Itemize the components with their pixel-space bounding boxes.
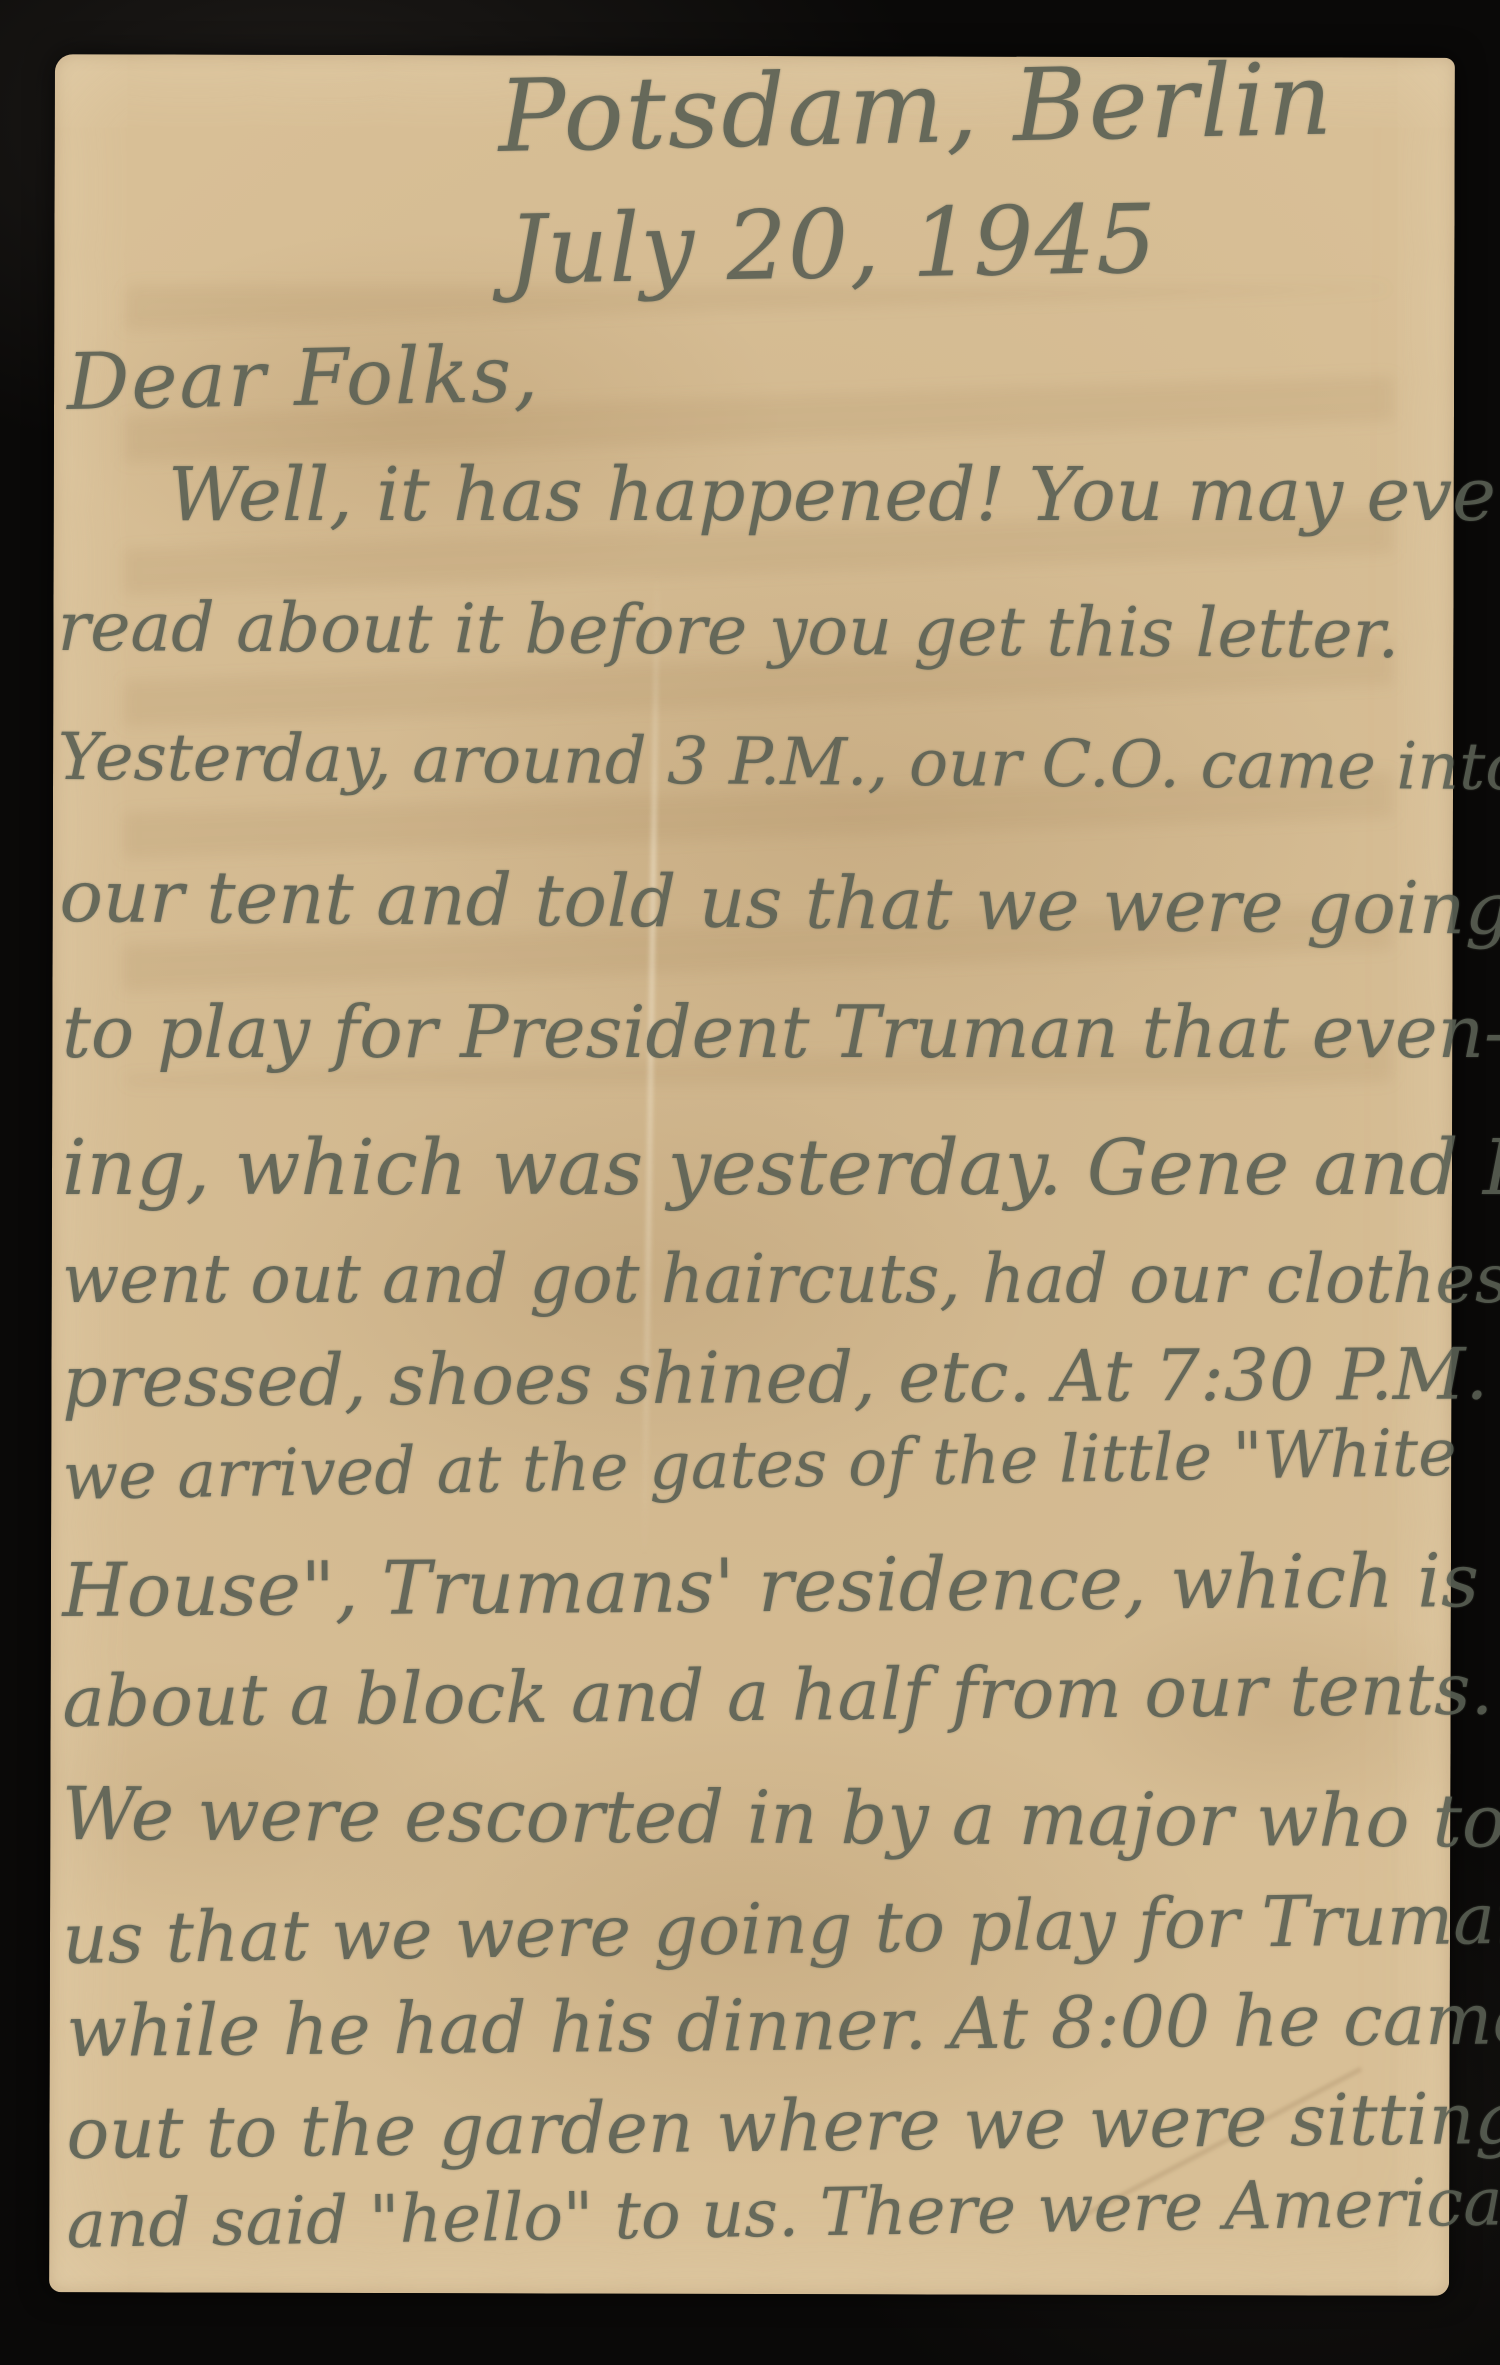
letter-location: Potsdam, Berlin	[497, 40, 1335, 174]
letter-body-line-14: while he had his dinner. At 8:00 he came	[66, 1977, 1500, 2073]
letter-body-line-7: went out and got haircuts, had our cloth…	[62, 1240, 1500, 1318]
letter-body-line-13: us that we were going to play for Truman	[62, 1877, 1500, 1980]
letter-text-layer: Potsdam, BerlinJuly 20, 1945Dear Folks,W…	[0, 0, 1500, 2365]
letter-body-line-10: House", Trumans' residence, which is	[62, 1538, 1479, 1634]
letter-body-line-6: ing, which was yesterday. Gene and I	[62, 1124, 1500, 1213]
letter-body-line-4: our tent and told us that we were going	[59, 854, 1500, 951]
scan-background: Potsdam, BerlinJuly 20, 1945Dear Folks,W…	[0, 0, 1500, 2365]
letter-body-line-11: about a block and a half from our tents.	[62, 1648, 1493, 1743]
letter-body-line-16: and said "hello" to us. There were Ameri…	[66, 2163, 1500, 2263]
letter-body-line-9: we arrived at the gates of the little "W…	[62, 1416, 1457, 1515]
letter-body-line-3: Yesterday, around 3 P.M., our C.O. came …	[57, 720, 1500, 805]
letter-body-line-12: We were escorted in by a major who told	[62, 1772, 1500, 1865]
letter-body-line-15: out to the garden where we were sitting	[66, 2077, 1500, 2175]
letter-body-line-1: Well, it has happened! You may even	[168, 452, 1500, 538]
letter-body-line-2: read about it before you get this letter…	[58, 588, 1400, 674]
letter-body-line-8: pressed, shoes shined, etc. At 7:30 P.M.	[62, 1333, 1488, 1423]
letter-body-line-5: to play for President Truman that even-	[62, 990, 1500, 1074]
letter-date: July 20, 1945	[507, 185, 1158, 306]
letter-salutation: Dear Folks,	[66, 330, 541, 428]
